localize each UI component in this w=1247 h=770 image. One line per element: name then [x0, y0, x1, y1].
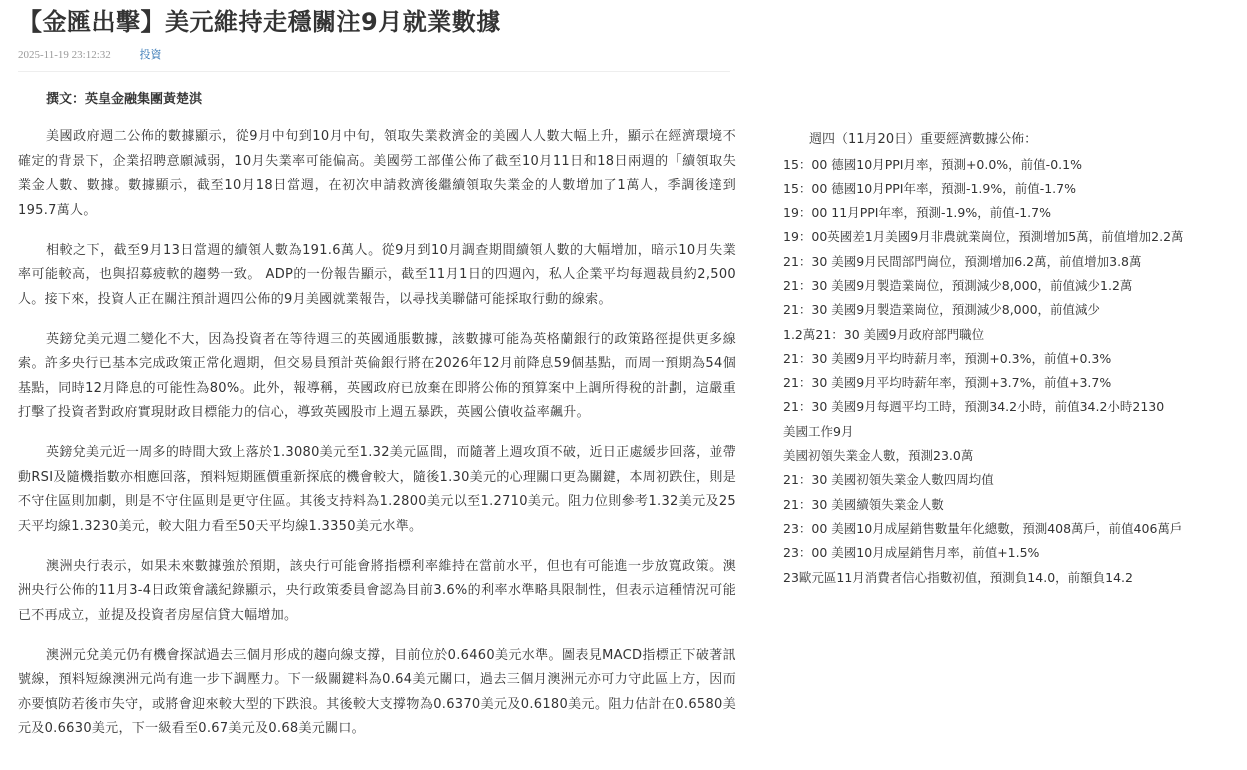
- author-byline: 撰文：英皇金融集團黃楚淇: [46, 88, 202, 107]
- calendar-row: 21：30 美國9月製造業崗位，預測減少8,000，前值減少: [783, 298, 1233, 322]
- calendar-row: 21：30 美國9月民間部門崗位，預測增加6.2萬，前值增加3.8萬: [783, 250, 1233, 274]
- calendar-heading: 週四（11月20日）重要經濟數據公佈：: [783, 128, 1233, 153]
- meta-divider: [18, 71, 730, 72]
- publish-datetime: 2025-11-19 23:12:32: [18, 49, 111, 61]
- calendar-row: 21：30 美國初領失業金人數四周均值: [783, 468, 1233, 492]
- calendar-row: 23：00 美國10月成屋銷售月率，前值+1.5%: [783, 541, 1233, 565]
- article-paragraph: 英鎊兌美元近一周多的時間大致上落於1.3080美元至1.32美元區間，而隨著上週…: [18, 441, 736, 539]
- article-paragraph: 澳洲元兌美元仍有機會探試過去三個月形成的趨向線支撐，目前位於0.6460美元水準…: [18, 644, 736, 742]
- calendar-row: 19：00 11月PPI年率，預測-1.9%，前值-1.7%: [783, 201, 1233, 225]
- calendar-row: 23歐元區11月消費者信心指數初值，預測負14.0，前額負14.2: [783, 566, 1233, 590]
- calendar-row: 19：00英國差1月美國9月非農就業崗位，預測增加5萬，前值增加2.2萬: [783, 225, 1233, 249]
- category-link[interactable]: 投資: [140, 48, 162, 61]
- calendar-row: 15：00 德國10月PPI月率，預測+0.0%，前值-0.1%: [783, 153, 1233, 177]
- calendar-row: 21：30 美國9月平均時薪年率，預測+3.7%，前值+3.7%: [783, 371, 1233, 395]
- calendar-row: 美國工作9月: [783, 420, 1233, 444]
- article-title: 【金匯出擊】美元維持走穩關注9月就業數據: [18, 2, 501, 37]
- article-paragraph: 相較之下，截至9月13日當週的續領人數為191.6萬人。從9月到10月調查期間續…: [18, 239, 736, 313]
- calendar-row: 21：30 美國9月製造業崗位，預測減少8,000，前值減少1.2萬: [783, 274, 1233, 298]
- calendar-row: 23：00 美國10月成屋銷售數量年化總數，預測408萬戶，前值406萬戶: [783, 517, 1233, 541]
- calendar-row: 美國初領失業金人數，預測23.0萬: [783, 444, 1233, 468]
- calendar-row: 15：00 德國10月PPI年率，預測-1.9%，前值-1.7%: [783, 177, 1233, 201]
- article-body: 美國政府週二公佈的數據顯示，從9月中旬到10月中旬，領取失業救濟金的美國人人數大…: [18, 125, 736, 757]
- article-meta: 2025-11-19 23:12:32 投資: [18, 46, 162, 62]
- calendar-row: 21：30 美國9月平均時薪月率，預測+0.3%，前值+0.3%: [783, 347, 1233, 371]
- article-paragraph: 澳洲央行表示，如果未來數據強於預期，該央行可能會將指標利率維持在當前水平，但也有…: [18, 555, 736, 629]
- calendar-row: 21：30 美國9月每週平均工時，預測34.2小時，前值34.2小時2130: [783, 395, 1233, 419]
- calendar-row: 21：30 美國續領失業金人數: [783, 493, 1233, 517]
- calendar-row: 1.2萬21：30 美國9月政府部門職位: [783, 323, 1233, 347]
- economic-calendar: 週四（11月20日）重要經濟數據公佈： 15：00 德國10月PPI月率，預測+…: [783, 128, 1233, 590]
- article-paragraph: 英鎊兌美元週二變化不大，因為投資者在等待週三的英國通脹數據，該數據可能為英格蘭銀…: [18, 328, 736, 426]
- article-paragraph: 美國政府週二公佈的數據顯示，從9月中旬到10月中旬，領取失業救濟金的美國人人數大…: [18, 125, 736, 223]
